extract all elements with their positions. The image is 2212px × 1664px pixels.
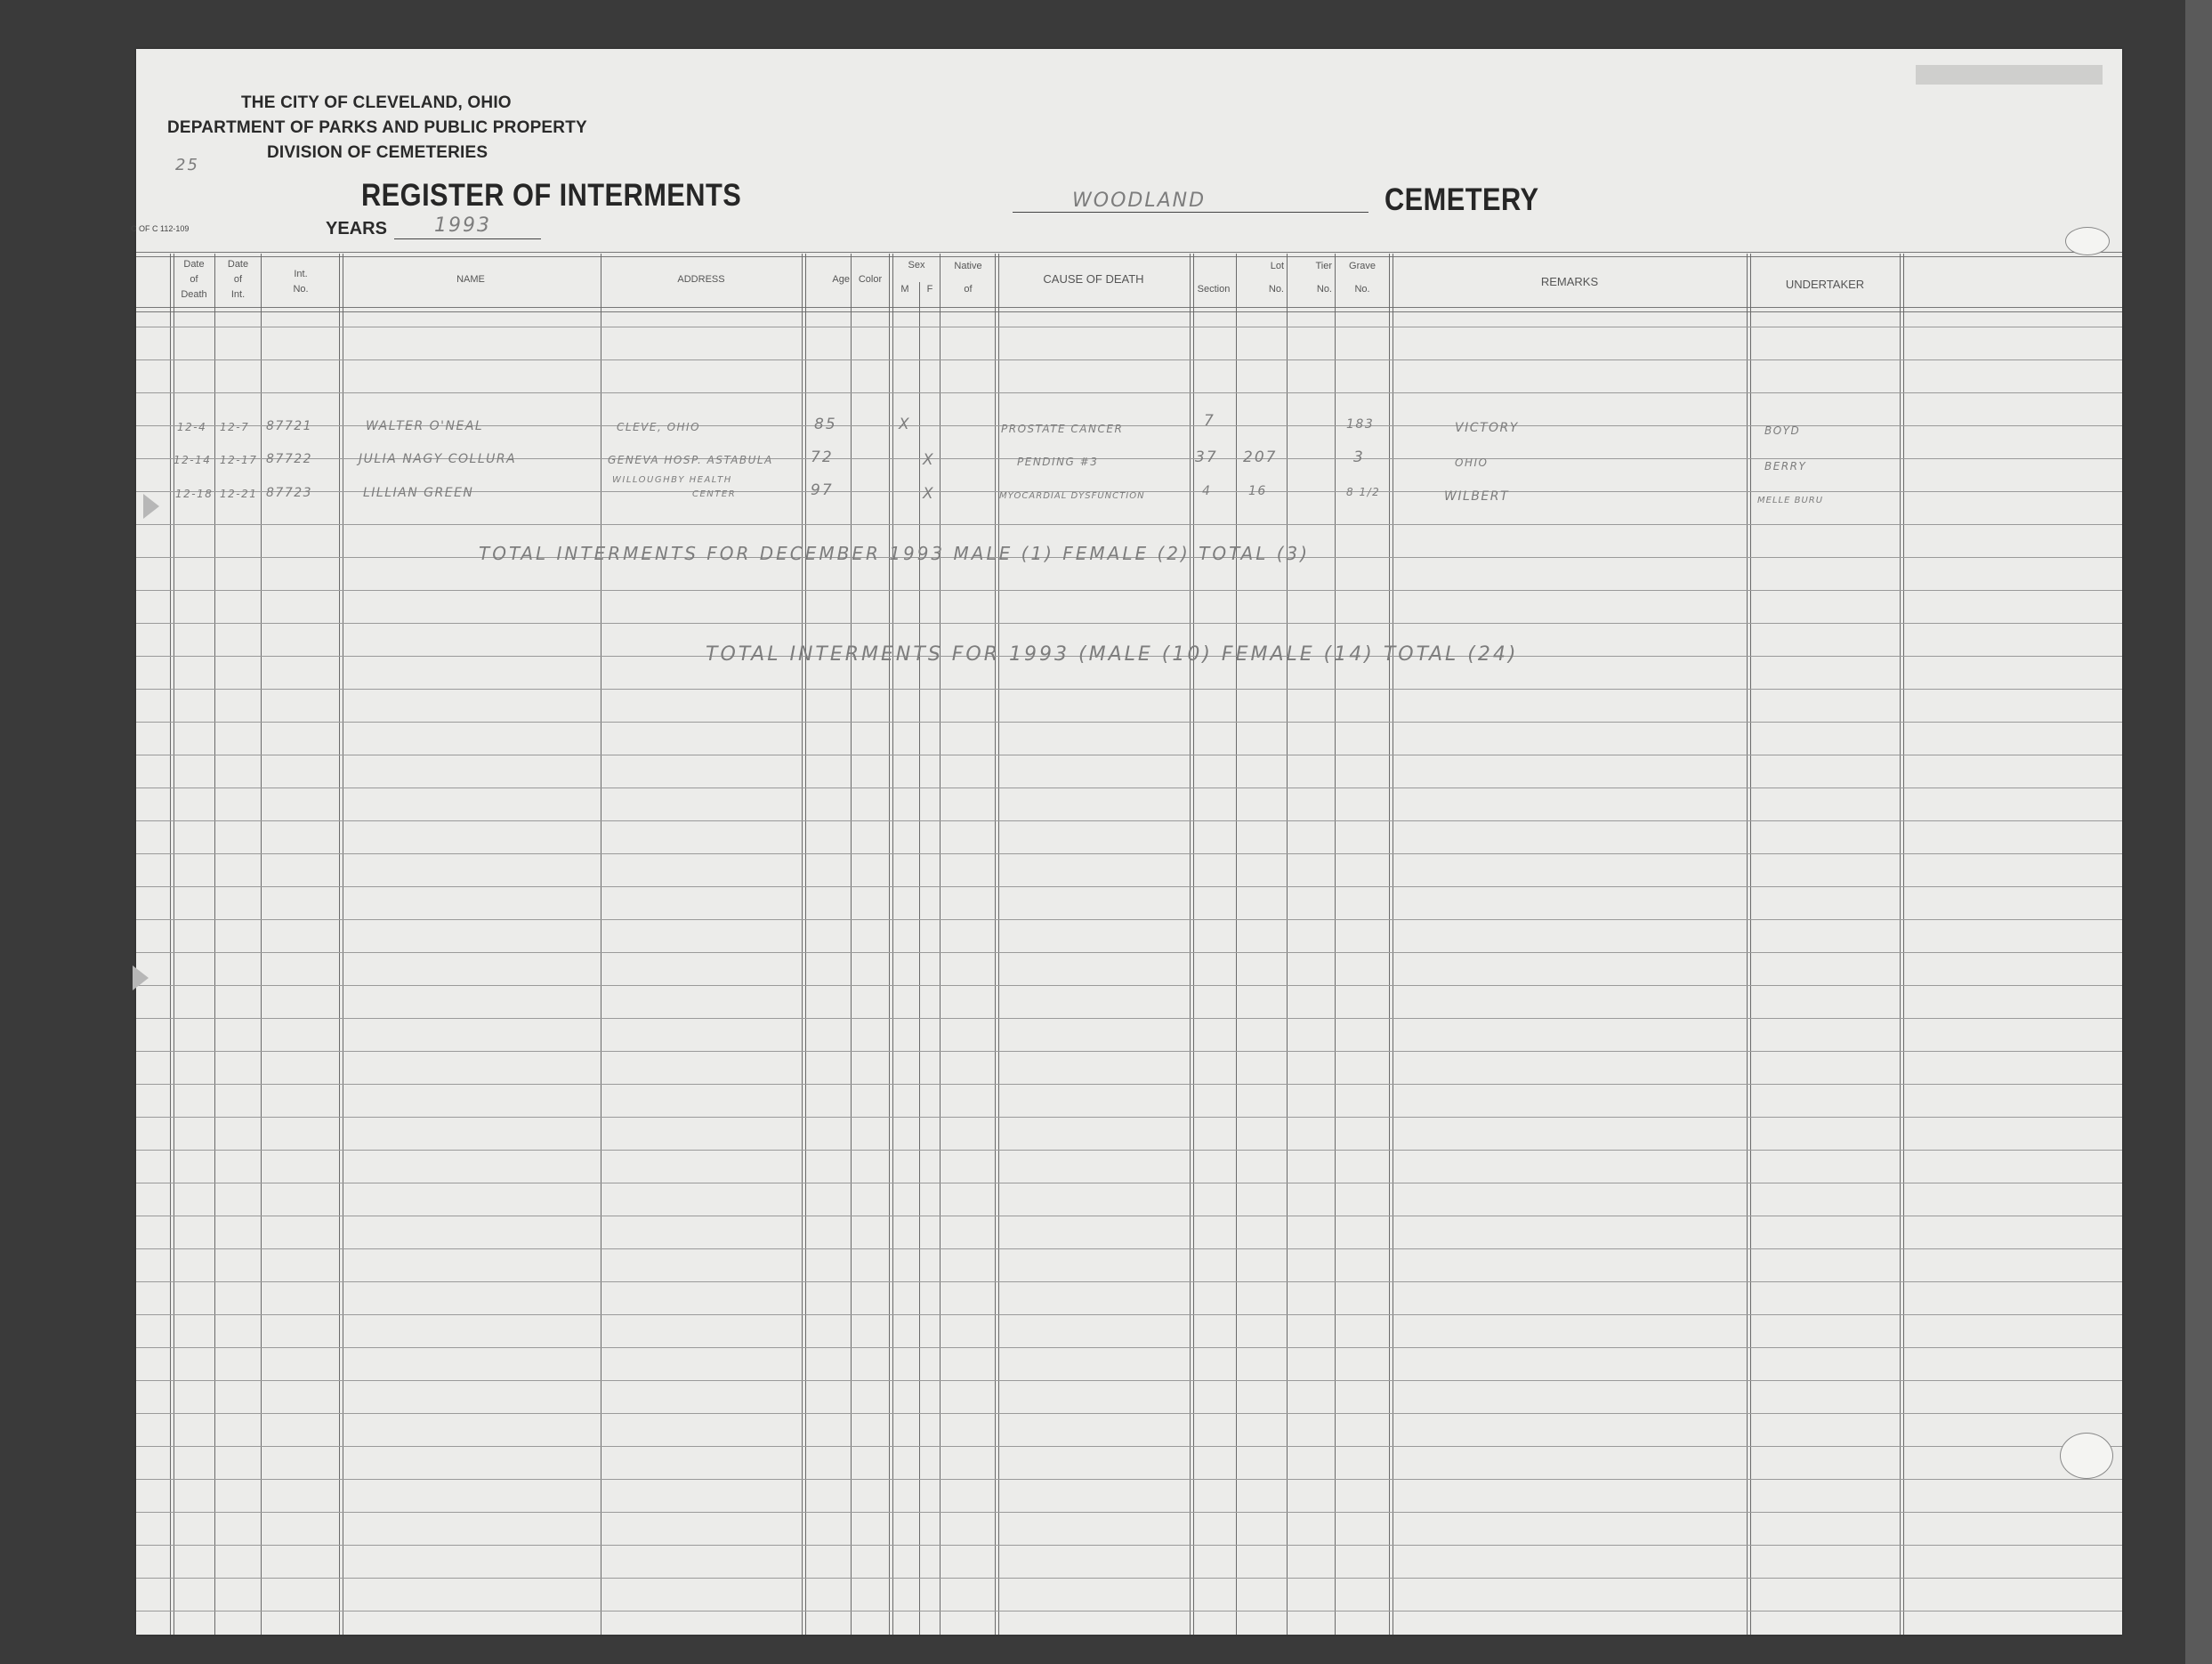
- col-header-date-of-death: Date of Death: [176, 257, 212, 303]
- col-header-lot-no: Lot No.: [1239, 259, 1284, 297]
- row-rule: [136, 952, 2122, 953]
- col-header-cause-of-death: CAUSE OF DEATH: [999, 271, 1188, 287]
- cause-of-death: MYOCARDIAL DYSFUNCTION: [999, 491, 1145, 501]
- decedent-name: WALTER O'NEAL: [366, 419, 483, 433]
- undertaker: BERRY: [1764, 460, 1806, 473]
- header-bottom-double-rule: [136, 307, 2122, 312]
- cause-of-death: PROSTATE CANCER: [1001, 423, 1123, 435]
- sex-m-mark: X: [899, 416, 911, 433]
- row-rule: [136, 1117, 2122, 1118]
- sex-f-mark: X: [923, 451, 935, 469]
- row-rule: [136, 1051, 2122, 1052]
- col-header-sex: Sex: [894, 258, 939, 273]
- col-header-tier-no: Tier No.: [1289, 259, 1332, 297]
- row-rule: [136, 788, 2122, 788]
- tab-mark: [143, 494, 159, 519]
- date-of-int: 12-7: [220, 421, 249, 433]
- row-rule: [136, 919, 2122, 920]
- col-line: [1236, 254, 1237, 1635]
- row-rule: [136, 1248, 2122, 1249]
- row-rule: [136, 1512, 2122, 1513]
- address: GENEVA HOSP. ASTABULA: [608, 454, 773, 466]
- row-rule: [136, 886, 2122, 887]
- row-rule: [136, 820, 2122, 821]
- age: 97: [811, 481, 834, 499]
- year-totals: TOTAL INTERMENTS FOR 1993 (MALE (10) FEM…: [706, 643, 1518, 666]
- col-line: [995, 254, 999, 1635]
- col-line: [919, 282, 920, 1635]
- top-double-rule: [136, 252, 2122, 257]
- cause-of-death: PENDING #3: [1017, 456, 1098, 468]
- col-line: [214, 254, 215, 1635]
- scan-frame-edge: [2185, 0, 2212, 1664]
- grave-no: 8 1/2: [1346, 486, 1380, 498]
- row-rule: [136, 392, 2122, 393]
- row-rule: [136, 1281, 2122, 1282]
- grave-no: 183: [1346, 417, 1374, 432]
- date-of-int: 12-17: [220, 454, 257, 466]
- col-header-grave-no: Grave No.: [1337, 259, 1387, 297]
- date-of-death: 12-14: [174, 454, 211, 466]
- age: 72: [811, 448, 834, 466]
- col-header-native-of: Native of: [942, 259, 994, 297]
- binder-hole-bottom: [2060, 1433, 2113, 1479]
- col-line: [889, 254, 893, 1635]
- row-rule: [136, 985, 2122, 986]
- row-rule: [136, 722, 2122, 723]
- remarks: WILBERT: [1444, 489, 1509, 504]
- col-header-age: Age: [805, 272, 850, 287]
- date-of-death: 12-18: [175, 488, 213, 500]
- col-header-address: ADDRESS: [602, 272, 800, 287]
- row-rule: [136, 853, 2122, 854]
- col-line: [1389, 254, 1393, 1635]
- date-of-death: 12-4: [177, 421, 206, 433]
- col-header-name: NAME: [343, 272, 599, 287]
- col-header-sex-m: M: [892, 282, 917, 297]
- row-rule: [136, 327, 2122, 327]
- row-rule: [136, 1150, 2122, 1151]
- row-rule: [136, 755, 2122, 755]
- address-line2: CENTER: [692, 489, 736, 499]
- row-rule: [136, 359, 2122, 360]
- row-rule: [136, 1216, 2122, 1216]
- col-line: [940, 254, 941, 1635]
- row-rule: [136, 1413, 2122, 1414]
- col-line: [851, 254, 852, 1635]
- address-line1: WILLOUGHBY HEALTH: [612, 475, 732, 485]
- col-line: [339, 254, 343, 1635]
- col-line: [1287, 254, 1288, 1635]
- col-line: [802, 254, 806, 1635]
- col-header-date-of-int: Date of Int.: [218, 257, 258, 303]
- binder-hole-top: [2065, 227, 2110, 255]
- col-header-int-no: Int. No.: [265, 267, 336, 297]
- tab-mark: [133, 965, 149, 990]
- remarks: VICTORY: [1455, 421, 1519, 435]
- col-line: [1190, 254, 1194, 1635]
- col-line: [1335, 254, 1336, 1635]
- row-rule: [136, 524, 2122, 525]
- age: 85: [814, 416, 837, 433]
- row-rule: [136, 1084, 2122, 1085]
- remarks: OHIO: [1455, 456, 1488, 469]
- int-no: 87722: [266, 452, 312, 466]
- row-rule: [136, 623, 2122, 624]
- undertaker: MELLE BURU: [1757, 496, 1823, 505]
- row-rule: [136, 590, 2122, 591]
- row-rule: [136, 1479, 2122, 1480]
- row-rule: [136, 1446, 2122, 1447]
- address: CLEVE, OHIO: [617, 421, 700, 433]
- row-rule: [136, 1611, 2122, 1611]
- grave-no: 3: [1353, 448, 1365, 466]
- lot-no: 16: [1248, 484, 1267, 498]
- lot-no: 207: [1243, 448, 1277, 466]
- int-no: 87721: [266, 419, 312, 433]
- row-rule: [136, 689, 2122, 690]
- col-header-section: Section: [1193, 282, 1234, 297]
- row-rule: [136, 1380, 2122, 1381]
- int-no: 87723: [266, 486, 312, 500]
- section: 37: [1195, 448, 1218, 466]
- col-header-color: Color: [853, 272, 887, 287]
- section: 4: [1202, 484, 1211, 498]
- row-rule: [136, 1018, 2122, 1019]
- decedent-name: LILLIAN GREEN: [363, 486, 473, 500]
- col-header-undertaker: UNDERTAKER: [1752, 277, 1898, 292]
- undertaker: BOYD: [1764, 424, 1800, 437]
- row-rule: [136, 1183, 2122, 1183]
- row-rule: [136, 1578, 2122, 1579]
- col-line: [1747, 254, 1751, 1635]
- register-sheet: THE CITY OF CLEVELAND, OHIO DEPARTMENT O…: [136, 49, 2122, 1635]
- december-totals: TOTAL INTERMENTS FOR DECEMBER 1993 MALE …: [479, 543, 1310, 564]
- section: 7: [1204, 412, 1215, 430]
- col-header-sex-f: F: [921, 282, 939, 297]
- decedent-name: JULIA NAGY COLLURA: [359, 452, 516, 466]
- col-line: [601, 254, 601, 1635]
- sex-f-mark: X: [923, 485, 935, 503]
- col-line: [1900, 254, 1904, 1635]
- col-header-remarks: REMARKS: [1394, 274, 1745, 289]
- date-of-int: 12-21: [220, 488, 257, 500]
- row-rule: [136, 1545, 2122, 1546]
- row-rule: [136, 1314, 2122, 1315]
- col-line: [261, 254, 262, 1635]
- row-rule: [136, 1347, 2122, 1348]
